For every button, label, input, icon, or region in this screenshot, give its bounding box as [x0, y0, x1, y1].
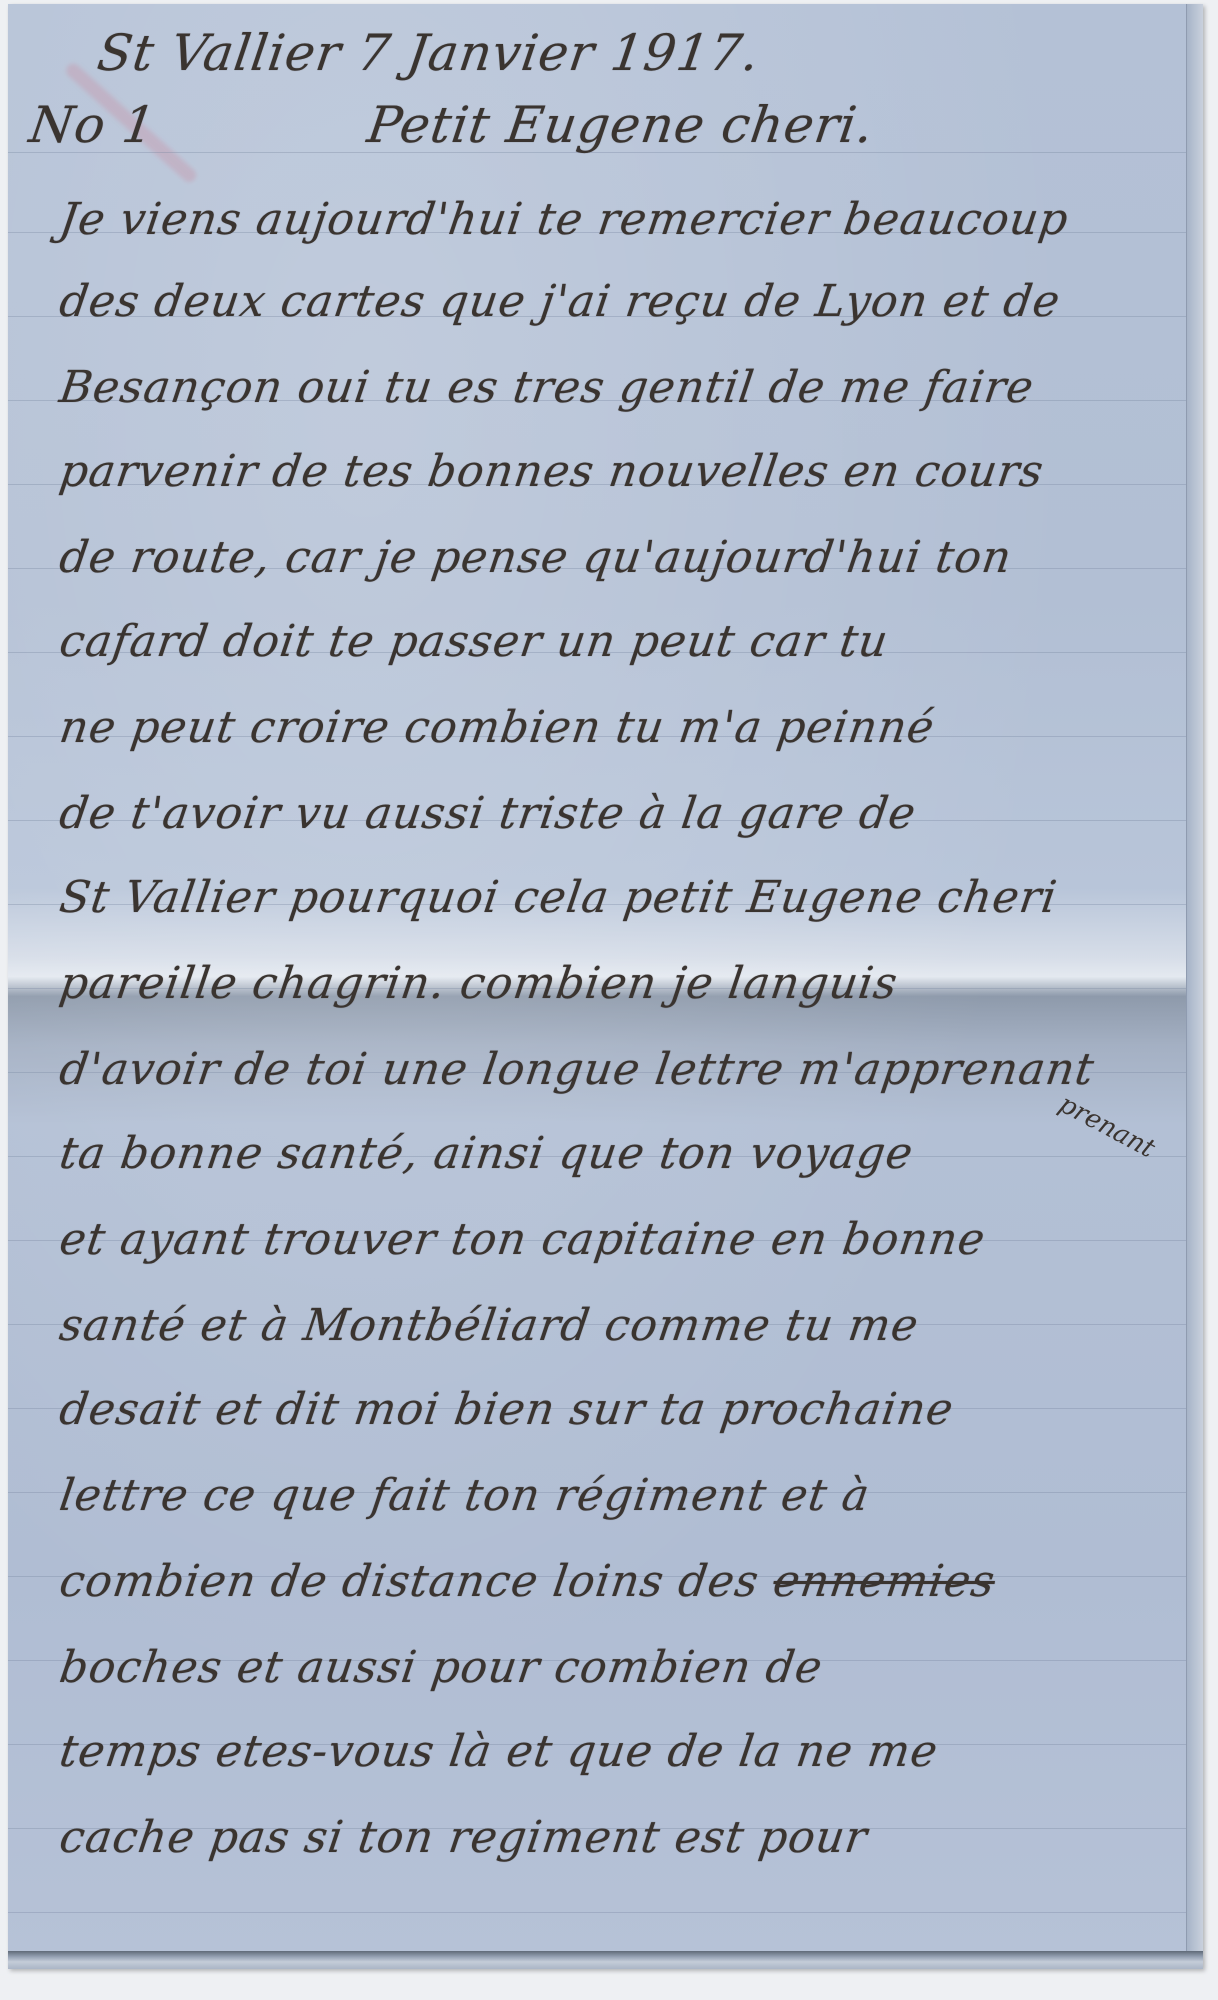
body-line: ta bonne santé, ainsi que ton voyage — [56, 1128, 1166, 1179]
body-line: cafard doit te passer un peut car tu — [56, 616, 1166, 667]
body-line: St Vallier pourquoi cela petit Eugene ch… — [56, 872, 1166, 923]
body-line: desait et dit moi bien sur ta prochaine — [56, 1384, 1166, 1435]
body-line: des deux cartes que j'ai reçu de Lyon et… — [56, 276, 1166, 327]
body-line: d'avoir de toi une longue lettre m'appre… — [56, 1044, 1166, 1095]
body-line: pareille chagrin. combien je languis — [56, 958, 1166, 1009]
salutation: Petit Eugene cheri. — [364, 96, 1167, 154]
body-line: boches et aussi pour combien de — [56, 1642, 1166, 1693]
body-line: de t'avoir vu aussi triste à la gare de — [56, 788, 1166, 839]
body-line: et ayant trouver ton capitaine en bonne — [56, 1214, 1166, 1265]
letter-paper: St Vallier 7 Janvier 1917. No 1 Petit Eu… — [8, 4, 1203, 1969]
scanned-letter: St Vallier 7 Janvier 1917. No 1 Petit Eu… — [0, 0, 1218, 2000]
body-line: de route, car je pense qu'aujourd'hui to… — [56, 532, 1166, 583]
paper-fold — [8, 1951, 1203, 1969]
body-line: ne peut croire combien tu m'a peinné — [56, 702, 1166, 753]
body-line: cache pas si ton regiment est pour — [56, 1812, 1166, 1863]
letter-number: No 1 — [26, 96, 154, 154]
body-line: Besançon oui tu es tres gentil de me fai… — [56, 362, 1166, 413]
ruled-line — [8, 1912, 1187, 1913]
place-date: St Vallier 7 Janvier 1917. — [94, 24, 1167, 82]
body-line: parvenir de tes bonnes nouvelles en cour… — [56, 446, 1166, 497]
body-line: temps etes-vous là et que de la ne me — [56, 1726, 1166, 1777]
struck-word: ennemies — [770, 1556, 998, 1607]
body-line-text: combien de distance loins des — [56, 1556, 762, 1607]
body-line: combien de distance loins des ennemies — [56, 1556, 1166, 1607]
body-line: Je viens aujourd'hui te remercier beauco… — [56, 194, 1166, 245]
body-line: lettre ce que fait ton régiment et à — [56, 1470, 1166, 1521]
body-line: santé et à Montbéliard comme tu me — [56, 1300, 1166, 1351]
paper-edge — [1186, 4, 1203, 1969]
